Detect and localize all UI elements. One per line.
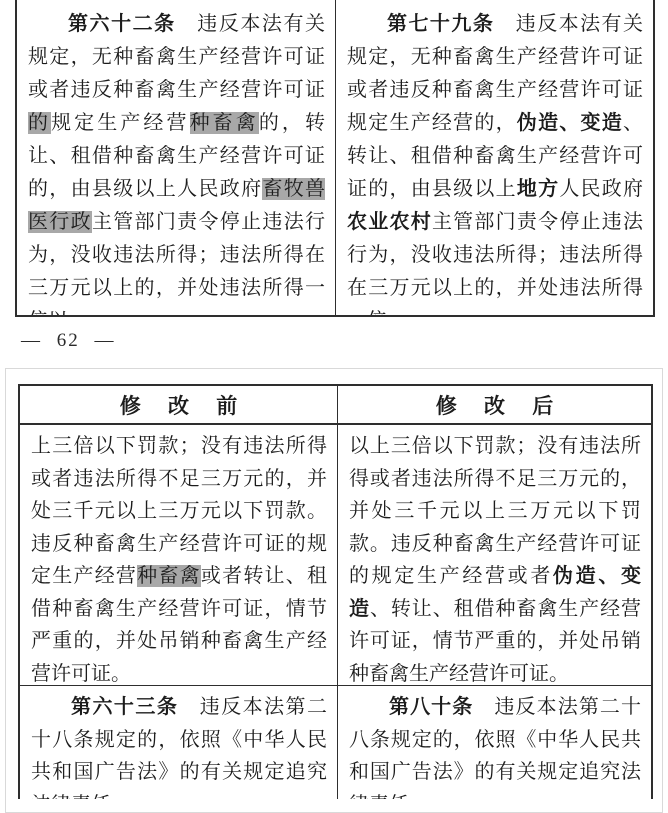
bold-text-run: 第六十二条 xyxy=(68,13,176,35)
bold-text-run: 第七十九条 xyxy=(387,13,494,35)
text-run: 规定生产经营 xyxy=(51,112,190,134)
article-62-cell: 第六十二条 违反本法有关规定，无种畜禽生产经营许可证或者违反种畜禽生产经营许可证… xyxy=(17,0,336,315)
article-62-text: 第六十二条 违反本法有关规定，无种畜禽生产经营许可证或者违反种畜禽生产经营许可证… xyxy=(28,8,325,315)
document-page: { "page": { "number": "— 62 —" }, "color… xyxy=(0,0,668,813)
bold-text-run: 第八十条 xyxy=(389,696,473,718)
article-80-text: 第八十条 违反本法第二十八条规定的，依照《中华人民共和国广告法》的有关规定追究法… xyxy=(349,691,641,799)
header-before-revision: 修改前 xyxy=(20,386,338,423)
header-after-revision: 修改后 xyxy=(338,386,651,423)
table-row: 上三倍以下罚款；没有违法所得或者违法所得不足三万元的，并处三千元以上三万元以下罚… xyxy=(20,425,651,686)
page-number: — 62 — xyxy=(21,330,116,352)
article-63-text: 第六十三条 违反本法第二十八条规定的，依照《中华人民共和国广告法》的有关规定追究… xyxy=(31,691,327,799)
before-continuation-text: 上三倍以下罚款；没有违法所得或者违法所得不足三万元的，并处三千元以上三万元以下罚… xyxy=(31,430,327,685)
law-comparison-table-top: 第六十二条 违反本法有关规定，无种畜禽生产经营许可证或者违反种畜禽生产经营许可证… xyxy=(15,0,655,317)
bold-text-run: 农业农村 xyxy=(347,211,432,233)
scanned-page-edge: 修改前 修改后 上三倍以下罚款；没有违法所得或者违法所得不足三万元的，并处三千元… xyxy=(5,368,663,813)
after-continuation-cell: 以上三倍以下罚款；没有违法所得或者违法所得不足三万元的，并处三千元以上三万元以下… xyxy=(338,425,651,685)
article-63-cell: 第六十三条 违反本法第二十八条规定的，依照《中华人民共和国广告法》的有关规定追究… xyxy=(20,686,338,799)
law-comparison-table-bottom: 修改前 修改后 上三倍以下罚款；没有违法所得或者违法所得不足三万元的，并处三千元… xyxy=(18,384,653,799)
bold-text-run: 第六十三条 xyxy=(71,696,178,718)
before-continuation-cell: 上三倍以下罚款；没有违法所得或者违法所得不足三万元的，并处三千元以上三万元以下罚… xyxy=(20,425,338,685)
article-79-text: 第七十九条 违反本法有关规定，无种畜禽生产经营许可证或者违反种畜禽生产经营许可证… xyxy=(347,8,643,315)
bold-text-run: 地方 xyxy=(517,178,559,200)
after-continuation-text: 以上三倍以下罚款；没有违法所得或者违法所得不足三万元的，并处三千元以上三万元以下… xyxy=(349,430,641,685)
article-80-cell: 第八十条 违反本法第二十八条规定的，依照《中华人民共和国广告法》的有关规定追究法… xyxy=(338,686,651,799)
highlight-text-run: 种畜禽 xyxy=(190,112,259,134)
highlight-text-run: 种畜禽 xyxy=(137,565,201,587)
text-run: 、转让、租借种畜禽生产经营许可证，情节严重的，并处吊销种畜禽生产经营许可证。 xyxy=(349,598,641,685)
table-row: 第六十三条 违反本法第二十八条规定的，依照《中华人民共和国广告法》的有关规定追究… xyxy=(20,686,651,799)
bold-text-run: 伪造、变造 xyxy=(517,112,623,134)
comparison-header-row: 修改前 修改后 xyxy=(20,386,651,425)
highlight-text-run: 的 xyxy=(28,112,51,134)
text-run: 人民政府 xyxy=(559,178,643,200)
article-79-cell: 第七十九条 违反本法有关规定，无种畜禽生产经营许可证或者违反种畜禽生产经营许可证… xyxy=(336,0,653,315)
